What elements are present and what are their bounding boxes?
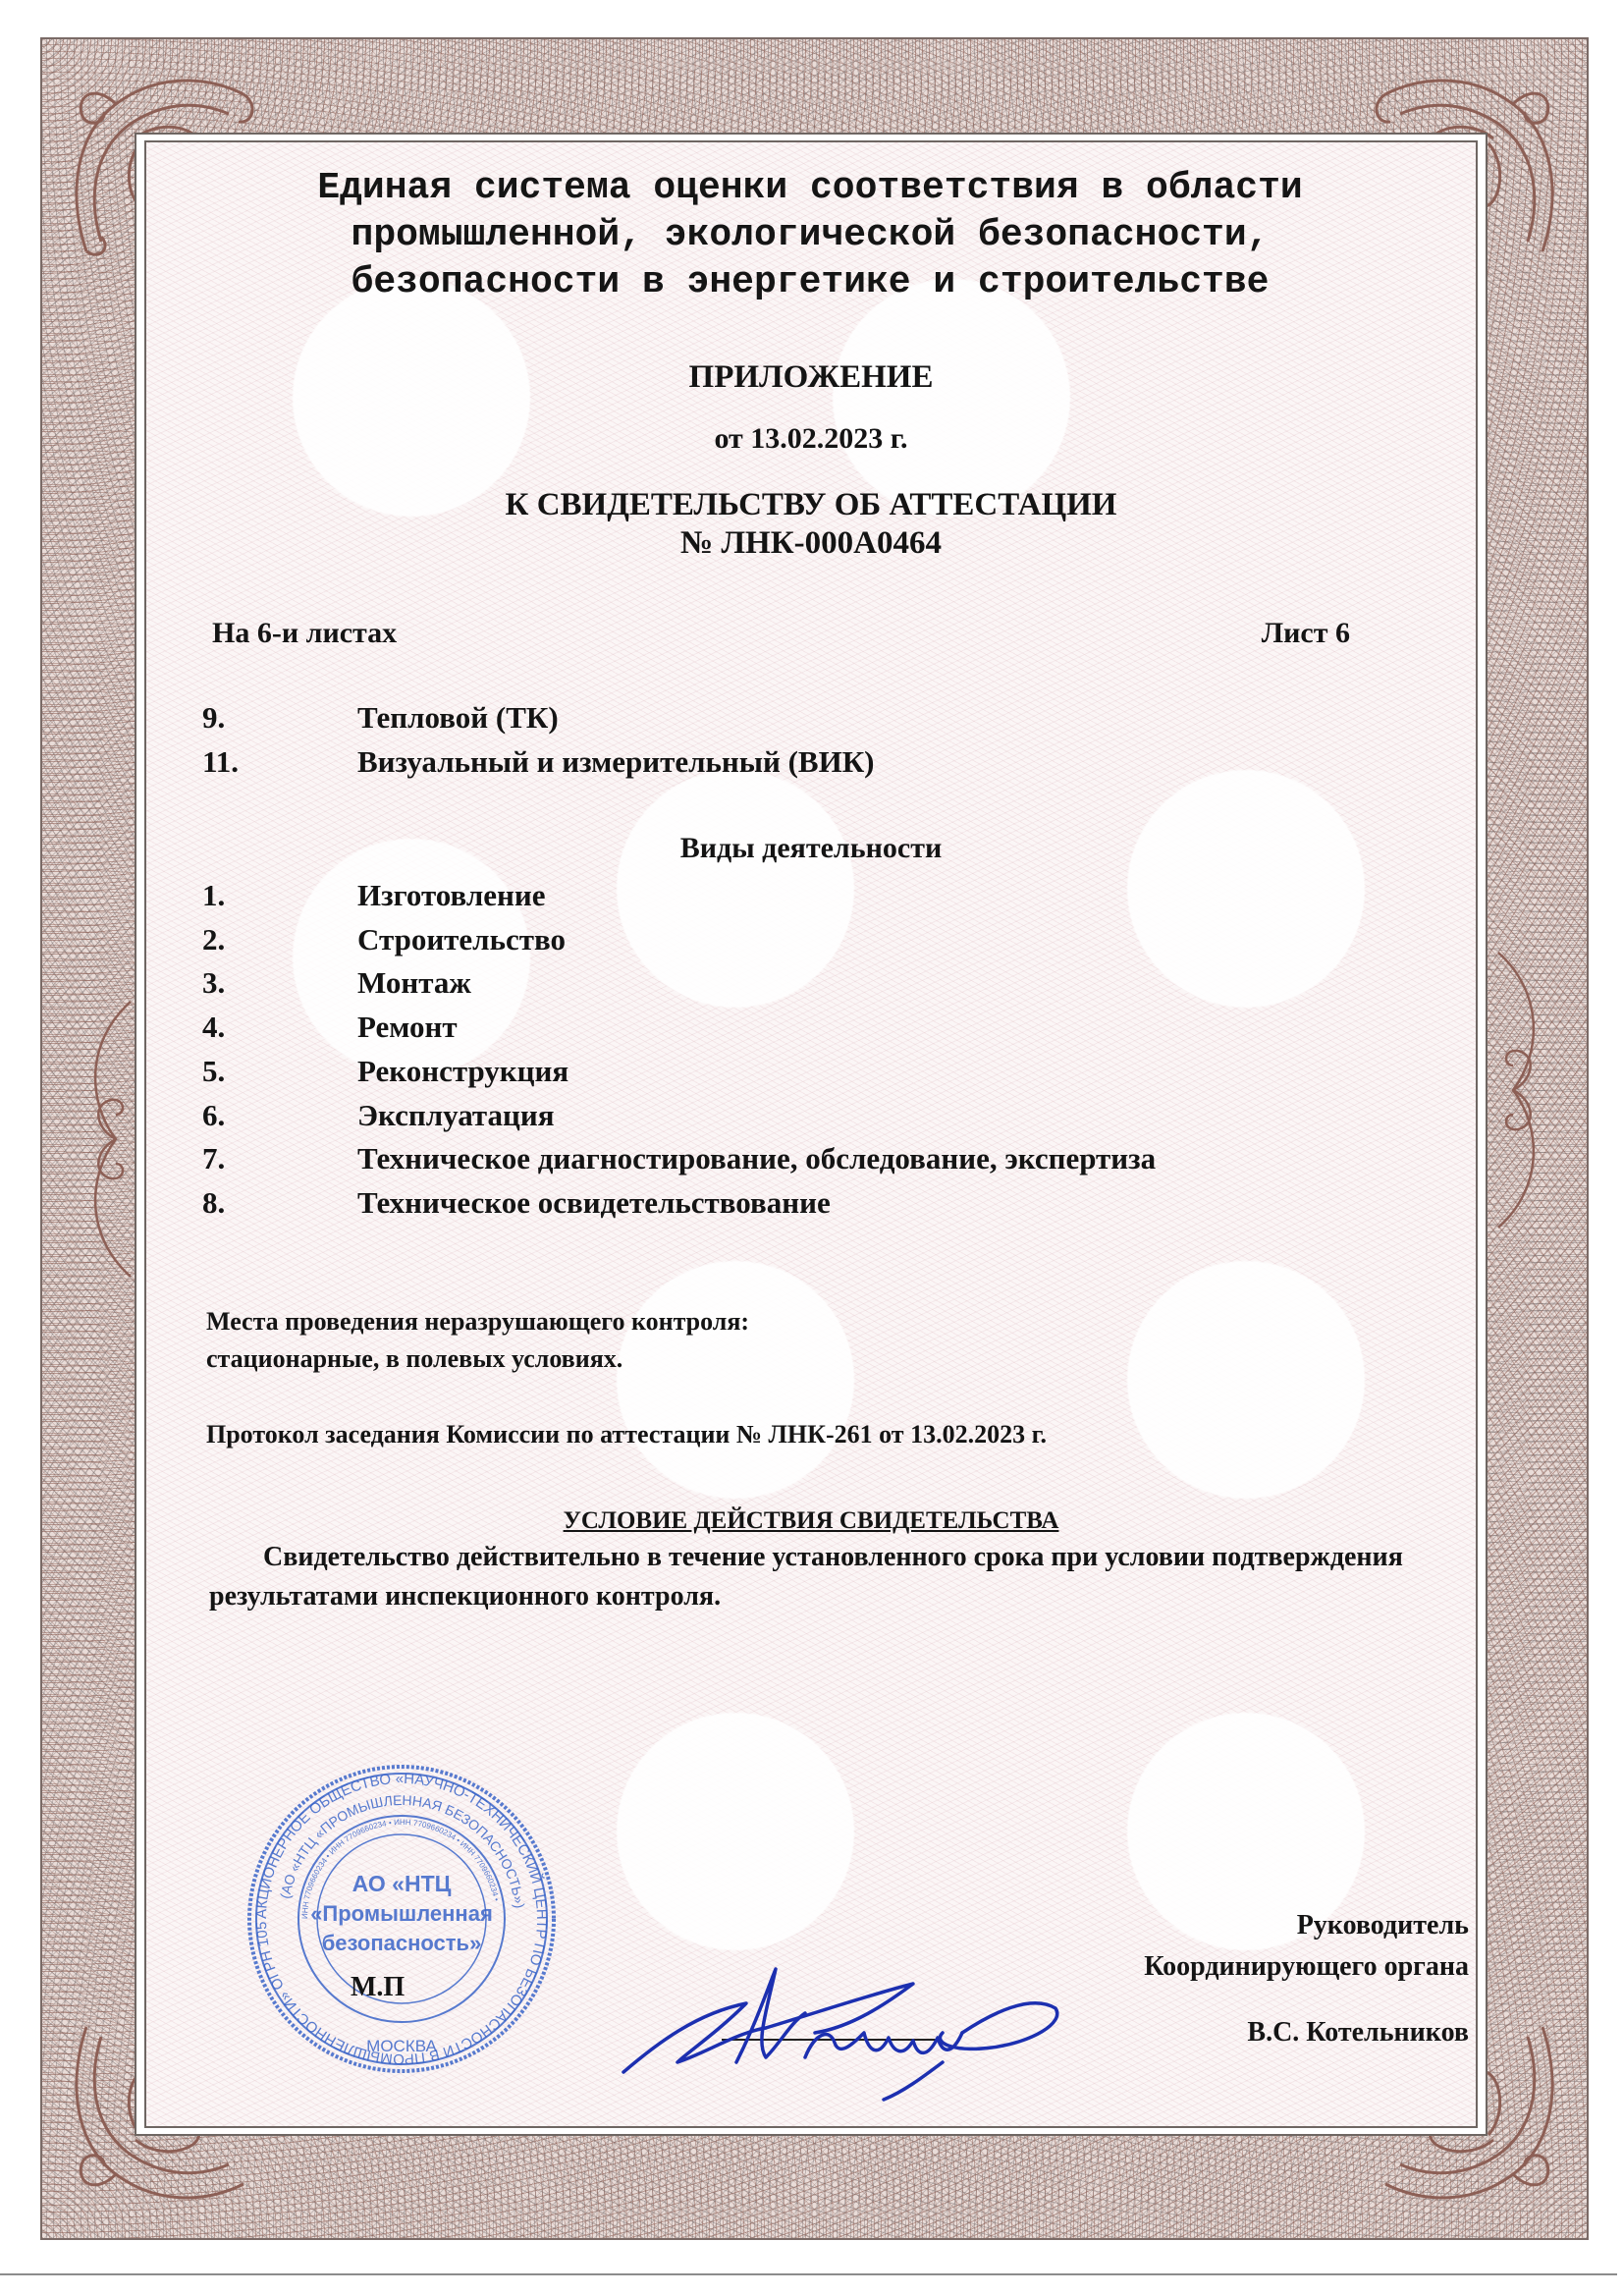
stamp-center-line: «Промышленная (310, 1901, 493, 1926)
signatory-role-line: Руководитель (1144, 1905, 1469, 1946)
page-bottom-rule (0, 2273, 1617, 2275)
activities-list: 1. Изготовление 2. Строительство 3. Монт… (202, 874, 1156, 1226)
stamp-center-line: АО «НТЦ (352, 1871, 452, 1896)
sheet-number: Лист 6 (1262, 617, 1350, 650)
handwritten-signature-icon (619, 1935, 1070, 2102)
item-number: 7. (202, 1137, 357, 1181)
item-number: 2. (202, 918, 357, 962)
commission-protocol: Протокол заседания Комиссии по аттестаци… (206, 1417, 1047, 1452)
appendix-date: от 13.02.2023 г. (144, 422, 1478, 456)
signatory-name: В.С. Котельников (1247, 2017, 1469, 2049)
list-item: 5. Реконструкция (202, 1050, 1156, 1094)
stamp-center-line: безопасность» (322, 1931, 482, 1955)
appendix-title: ПРИЛОЖЕНИЕ (144, 359, 1478, 396)
validity-condition-heading: УСЛОВИЕ ДЕЙСТВИЯ СВИДЕТЕЛЬСТВА (144, 1507, 1478, 1535)
list-item: 1. Изготовление (202, 874, 1156, 918)
list-item: 4. Ремонт (202, 1006, 1156, 1050)
item-label: Эксплуатация (357, 1094, 555, 1138)
certificate-heading: К СВИДЕТЕЛЬСТВУ ОБ АТТЕСТАЦИИ (144, 485, 1478, 524)
item-label: Визуальный и измерительный (ВИК) (357, 740, 875, 785)
certification-system-title: Единая система оценки соответствия в обл… (196, 165, 1424, 306)
item-label: Тепловой (ТК) (357, 696, 559, 740)
list-item: 6. Эксплуатация (202, 1094, 1156, 1138)
item-number: 9. (202, 696, 357, 740)
validity-condition-text: Свидетельство действительно в течение ус… (209, 1538, 1446, 1616)
signatory-role: Руководитель Координирующего органа (1144, 1905, 1469, 1988)
organization-stamp: АКЦИОНЕРНОЕ ОБЩЕСТВО «НАУЧНО-ТЕХНИЧЕСКИЙ… (243, 1761, 560, 2077)
item-label: Изготовление (357, 874, 545, 918)
item-number: 11. (202, 740, 357, 785)
system-title-line: промышленной, экологической безопасности… (196, 212, 1424, 259)
certificate-number: № ЛНК-000А0464 (144, 523, 1478, 563)
testing-places-value: стационарные, в полевых условиях. (206, 1341, 622, 1377)
list-item: 11. Визуальный и измерительный (ВИК) (202, 740, 875, 785)
system-title-line: Единая система оценки соответствия в обл… (196, 165, 1424, 212)
seal-place-mark: М.П (351, 1972, 405, 2003)
item-number: 5. (202, 1050, 357, 1094)
list-item: 3. Монтаж (202, 961, 1156, 1006)
item-number: 3. (202, 961, 357, 1006)
stamp-city: МОСКВА (366, 2037, 437, 2055)
system-title-line: безопасности в энергетике и строительств… (196, 259, 1424, 306)
item-label: Ремонт (357, 1006, 458, 1050)
item-label: Техническое освидетельствование (357, 1181, 831, 1226)
item-number: 6. (202, 1094, 357, 1138)
list-item: 9. Тепловой (ТК) (202, 696, 875, 740)
testing-methods-list: 9. Тепловой (ТК) 11. Визуальный и измери… (202, 696, 875, 784)
testing-places-label: Места проведения неразрушающего контроля… (206, 1304, 749, 1339)
list-item: 8. Техническое освидетельствование (202, 1181, 1156, 1226)
item-number: 8. (202, 1181, 357, 1226)
activities-heading: Виды деятельности (144, 832, 1478, 865)
item-label: Техническое диагностирование, обследован… (357, 1137, 1156, 1181)
sheets-total: На 6-и листах (212, 617, 397, 650)
signatory-role-line: Координирующего органа (1144, 1946, 1469, 1988)
list-item: 7. Техническое диагностирование, обследо… (202, 1137, 1156, 1181)
list-item: 2. Строительство (202, 918, 1156, 962)
item-number: 1. (202, 874, 357, 918)
item-number: 4. (202, 1006, 357, 1050)
item-label: Монтаж (357, 961, 471, 1006)
item-label: Строительство (357, 918, 566, 962)
item-label: Реконструкция (357, 1050, 568, 1094)
